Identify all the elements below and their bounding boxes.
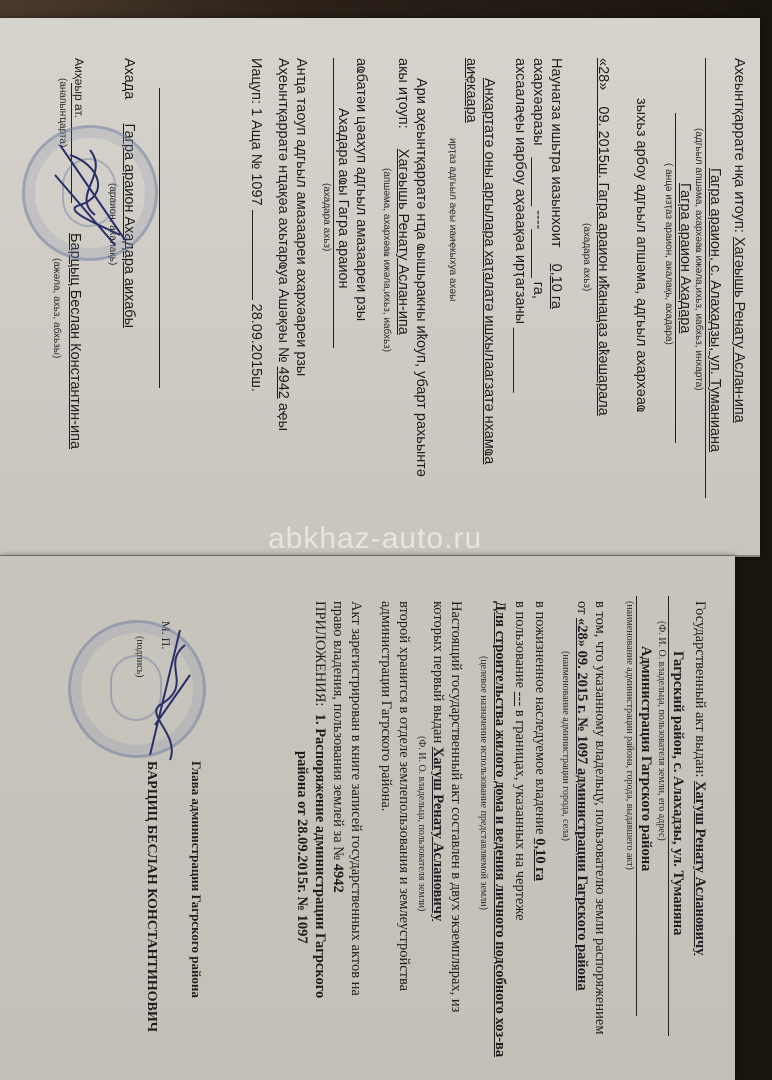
- purpose-line: Анхартатә оны аргылара хаҭалатә ишхылааг…: [480, 78, 498, 464]
- issued-line: Государственный акт выдан: Хагуш Ренату …: [691, 601, 709, 955]
- abkhaz-signature-block: Ахада Гагра араион Ахадара аихабы (араио…: [0, 18, 180, 556]
- purpose-line-2: аиҿкаара: [462, 58, 480, 123]
- rule: [333, 58, 334, 348]
- copies-line-2: акы иҭоуп: Хагәышь Ренату Аслан-ипа: [394, 58, 412, 335]
- copies-caption: (Ф. И. О. владельца, пользователя земли): [415, 736, 427, 911]
- admin: Администрация Гагрского района: [637, 646, 655, 871]
- registered-number: 4942: [330, 864, 346, 893]
- copies-line-1: Ари аҳеынтқарратә нҵа ҩышьракны иҟоуп, у…: [412, 78, 430, 477]
- boundary-text: ахсаалаҿы иарбоу аҳәаақәа ирҭагзаны: [512, 58, 528, 324]
- issued-to-label: Ахеынтқаррате нқа итоуп:: [731, 58, 747, 233]
- head-name-caption: (ажәла, ахьз, абхьзы): [50, 258, 62, 358]
- registered-suffix: аҿы: [275, 403, 291, 431]
- attachments-item: 1. Распоряжение администрации Гагрского: [312, 714, 328, 999]
- second-copy-line: второй хранится в отделе землепользовани…: [395, 601, 413, 991]
- address: Гагра араион, с. Алахадзы, ул. Туманиана: [706, 168, 724, 452]
- date-text: 09. 2015ш. Гагра араион иҟанацаз аҟәшара…: [595, 106, 611, 415]
- admin-name: Гагра араион Ахадара: [676, 183, 694, 333]
- copies-label: которых первый выдан: [430, 601, 446, 743]
- purpose-caption: (целевое назначение использование предст…: [477, 656, 489, 910]
- second-copy-line: аҩбатәи цәахуп адгьыл амазаареи рзы: [352, 58, 370, 321]
- head-label: Ахада: [121, 58, 137, 99]
- order-line: в том, что указанному владельцу, пользов…: [591, 601, 609, 1035]
- copies-line-2: которых первый выдан Хагуш Ренату Аслано…: [429, 601, 447, 921]
- issued-to-name: Хагәышь Ренату Аслан-ипа: [731, 237, 747, 423]
- date-line: «28» 09. 2015ш. Гагра араион иҟанацаз аҟ…: [594, 58, 612, 416]
- rule: [636, 596, 637, 1016]
- usage-line: ахархәаразы ______ ----______ га,: [529, 58, 547, 299]
- usage-dash: ----: [530, 210, 546, 229]
- area-line: Наунагза ишьтра иазынхоит 0,10 га: [547, 58, 565, 309]
- address-caption: (Ф. И. О. владельца, пользователя земли,…: [655, 621, 667, 841]
- rule: [675, 113, 676, 443]
- usage-line: в пользование --- в границах, указанных …: [511, 601, 529, 921]
- purpose-caption: ирҭаз адгьыл аҿы иаиҿкыхуа ахәы: [446, 138, 458, 301]
- seal-label: Аиҳәыр ат.: [72, 58, 86, 118]
- purpose-line: Для строительства жилого дома и ведения …: [491, 601, 509, 1057]
- address: Гагрский район, с. Алахадзы, ул. Туманян…: [669, 651, 687, 935]
- attachments-prefix: Иацуп: 1 Аща № 1097: [248, 58, 264, 206]
- attachments-item-2: района от 28.09.2015г. № 1097: [293, 751, 311, 944]
- second-copy-caption: (ахадара ахьз): [320, 183, 332, 251]
- second-copy-admin: Ахадара аҩы Гагра араион: [334, 108, 352, 289]
- usage-unit: га,: [530, 282, 546, 299]
- attachments-label: ПРИЛОЖЕНИЯ:: [312, 601, 328, 706]
- usage-dash: ---: [512, 692, 528, 707]
- registered-line-2: Аҳеынтқарратә нҵақәа ахьтарҩуа Ашәқәы № …: [274, 58, 292, 431]
- copies-name: Хагәышь Ренату Аслан-ипа: [395, 149, 411, 335]
- watermark: abkhaz-auto.ru: [268, 522, 482, 556]
- order-date-line: от «28» 09. 2015 г. № 1097 администрации…: [573, 601, 591, 991]
- registered-line-1: Акт зарегистрирован в книге записей госу…: [347, 601, 365, 996]
- boundary-line: ахсаалаҿы иарбоу аҳәаақәа ирҭагзаны ____…: [511, 58, 529, 393]
- copies-caption: (апшәма, ахархәаҩ ижәла,ихьз, иабхьз): [380, 168, 392, 352]
- issued-label: Государственный акт выдан:: [692, 601, 708, 777]
- registered-line-1: Анҵа таоуп адгьыл амазаареи ахархәареи р…: [292, 58, 310, 376]
- attachments-line: ПРИЛОЖЕНИЯ: 1. Распоряжение администраци…: [311, 601, 329, 998]
- registered-line-2: право владения, пользования землей за № …: [329, 601, 347, 893]
- seal-line: Аиҳәыр ат.: [70, 58, 88, 118]
- attachments-line: Иацуп: 1 Аща № 1097 28.09.2015ш.: [247, 58, 265, 392]
- issued-to-line: Ахеынтқаррате нқа итоуп: Хагәышь Ренату …: [730, 58, 748, 423]
- signature-abkhaz: [40, 135, 140, 255]
- rule: [705, 58, 706, 498]
- issued-name: Хагуш Ренату Аслановичу: [692, 781, 708, 955]
- ownership-area: 0,10 га: [532, 838, 548, 881]
- order-caption: (наименование администрации города, села…: [559, 651, 571, 841]
- head-title: Глава администрации Гагрского района: [187, 761, 205, 998]
- head-name: Барцыц Беслан Константин-ипа: [66, 233, 84, 449]
- area-value: 0,10 га: [548, 264, 564, 309]
- signature-russian: [140, 625, 200, 765]
- head-name: БАРЦИЦ БЕСЛАН КОНСТАНТИНОВИЧ: [142, 761, 160, 1032]
- order-date-prefix: от: [574, 601, 590, 614]
- copies-line-1: Настоящий государственный акт составлен …: [447, 601, 465, 1012]
- ownership-label: в пожизненное наследуемое владение: [532, 601, 548, 835]
- registered-prefix: Аҳеынтқарратә нҵақәа ахьтарҩуа Ашәқәы №: [275, 58, 291, 363]
- usage-rest: в границах, указанных на чертеже: [512, 710, 528, 921]
- copies-name: Хагуш Ренату Аслановичу: [430, 747, 446, 921]
- rule: [668, 596, 669, 1036]
- admin-caption: ( анцә изҭаз араион, акалақь, ахадара): [662, 163, 674, 345]
- registered-prefix: право владения, пользования землей за №: [330, 601, 346, 860]
- ownership-line: в пожизненное наследуемое владение 0,10 …: [531, 601, 549, 881]
- registered-number: 4942: [275, 367, 291, 399]
- attachments-date: 28.09.2015ш.: [248, 304, 264, 392]
- date-day: «28»: [595, 58, 611, 90]
- intro-line: зыхьз арбоу адгьыл апшәма, адгьыл ахархә…: [632, 98, 650, 412]
- copies-label: акы иҭоуп:: [395, 58, 411, 129]
- rule: [159, 88, 160, 388]
- second-copy-line-2: администрации Гагрского района.: [377, 601, 395, 811]
- order-date: «28» 09. 2015 г. № 1097 администрации Га…: [574, 618, 590, 991]
- usage-label: в пользование: [512, 601, 528, 688]
- usage-label: ахархәаразы: [530, 58, 546, 146]
- date-caption: (ахадара ахьз): [580, 223, 592, 291]
- area-label: Наунагза ишьтра иазынхоит: [548, 58, 564, 247]
- admin-caption: (наименование администрации района, горо…: [623, 601, 635, 870]
